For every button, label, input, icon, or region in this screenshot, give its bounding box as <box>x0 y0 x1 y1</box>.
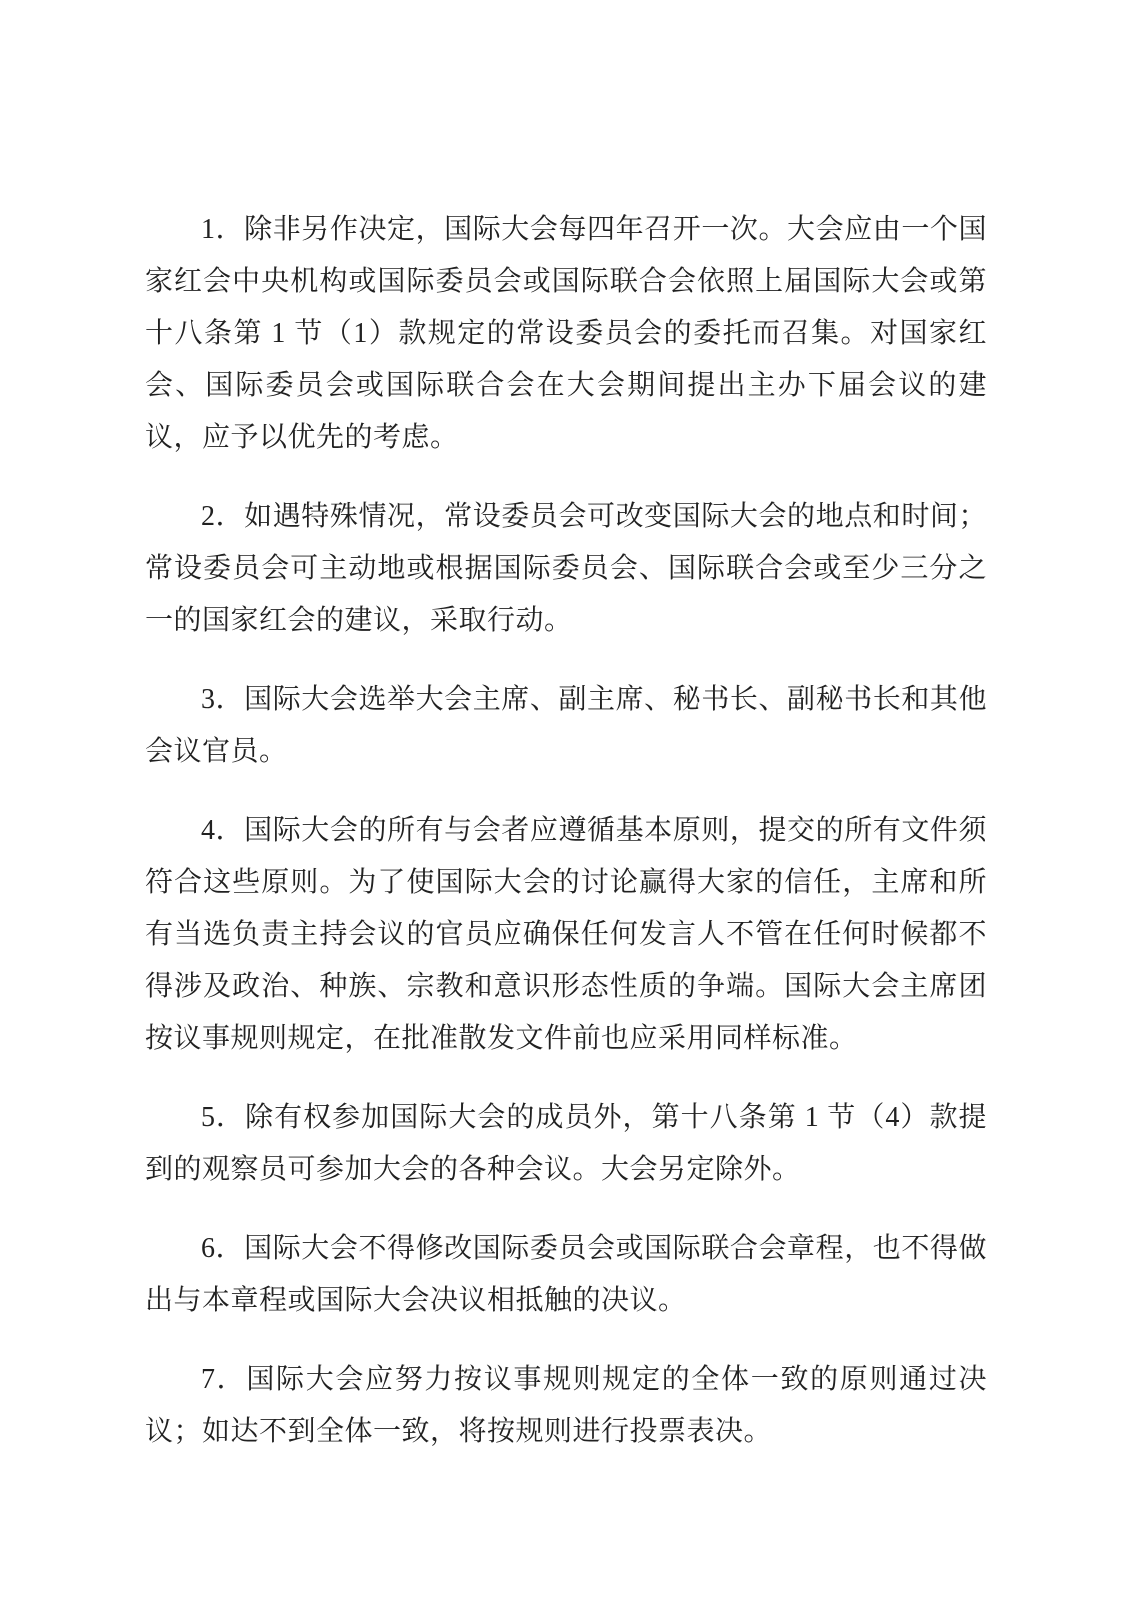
paragraph-2: 2．如遇特殊情况，常设委员会可改变国际大会的地点和时间；常设委员会可主动地或根据… <box>145 491 987 647</box>
paragraph-4: 4．国际大会的所有与会者应遵循基本原则，提交的所有文件须符合这些原则。为了使国际… <box>145 805 987 1065</box>
paragraph-1: 1．除非另作决定，国际大会每四年召开一次。大会应由一个国家红会中央机构或国际委员… <box>145 204 987 464</box>
document-page: 1．除非另作决定，国际大会每四年召开一次。大会应由一个国家红会中央机构或国际委员… <box>0 0 1131 1600</box>
paragraph-5: 5．除有权参加国际大会的成员外，第十八条第 1 节（4）款提到的观察员可参加大会… <box>145 1092 987 1196</box>
paragraph-7: 7．国际大会应努力按议事规则规定的全体一致的原则通过决议；如达不到全体一致，将按… <box>145 1354 987 1458</box>
paragraph-3: 3．国际大会选举大会主席、副主席、秘书长、副秘书长和其他会议官员。 <box>145 674 987 778</box>
document-body: 1．除非另作决定，国际大会每四年召开一次。大会应由一个国家红会中央机构或国际委员… <box>145 204 987 1485</box>
paragraph-6: 6．国际大会不得修改国际委员会或国际联合会章程，也不得做出与本章程或国际大会决议… <box>145 1223 987 1327</box>
